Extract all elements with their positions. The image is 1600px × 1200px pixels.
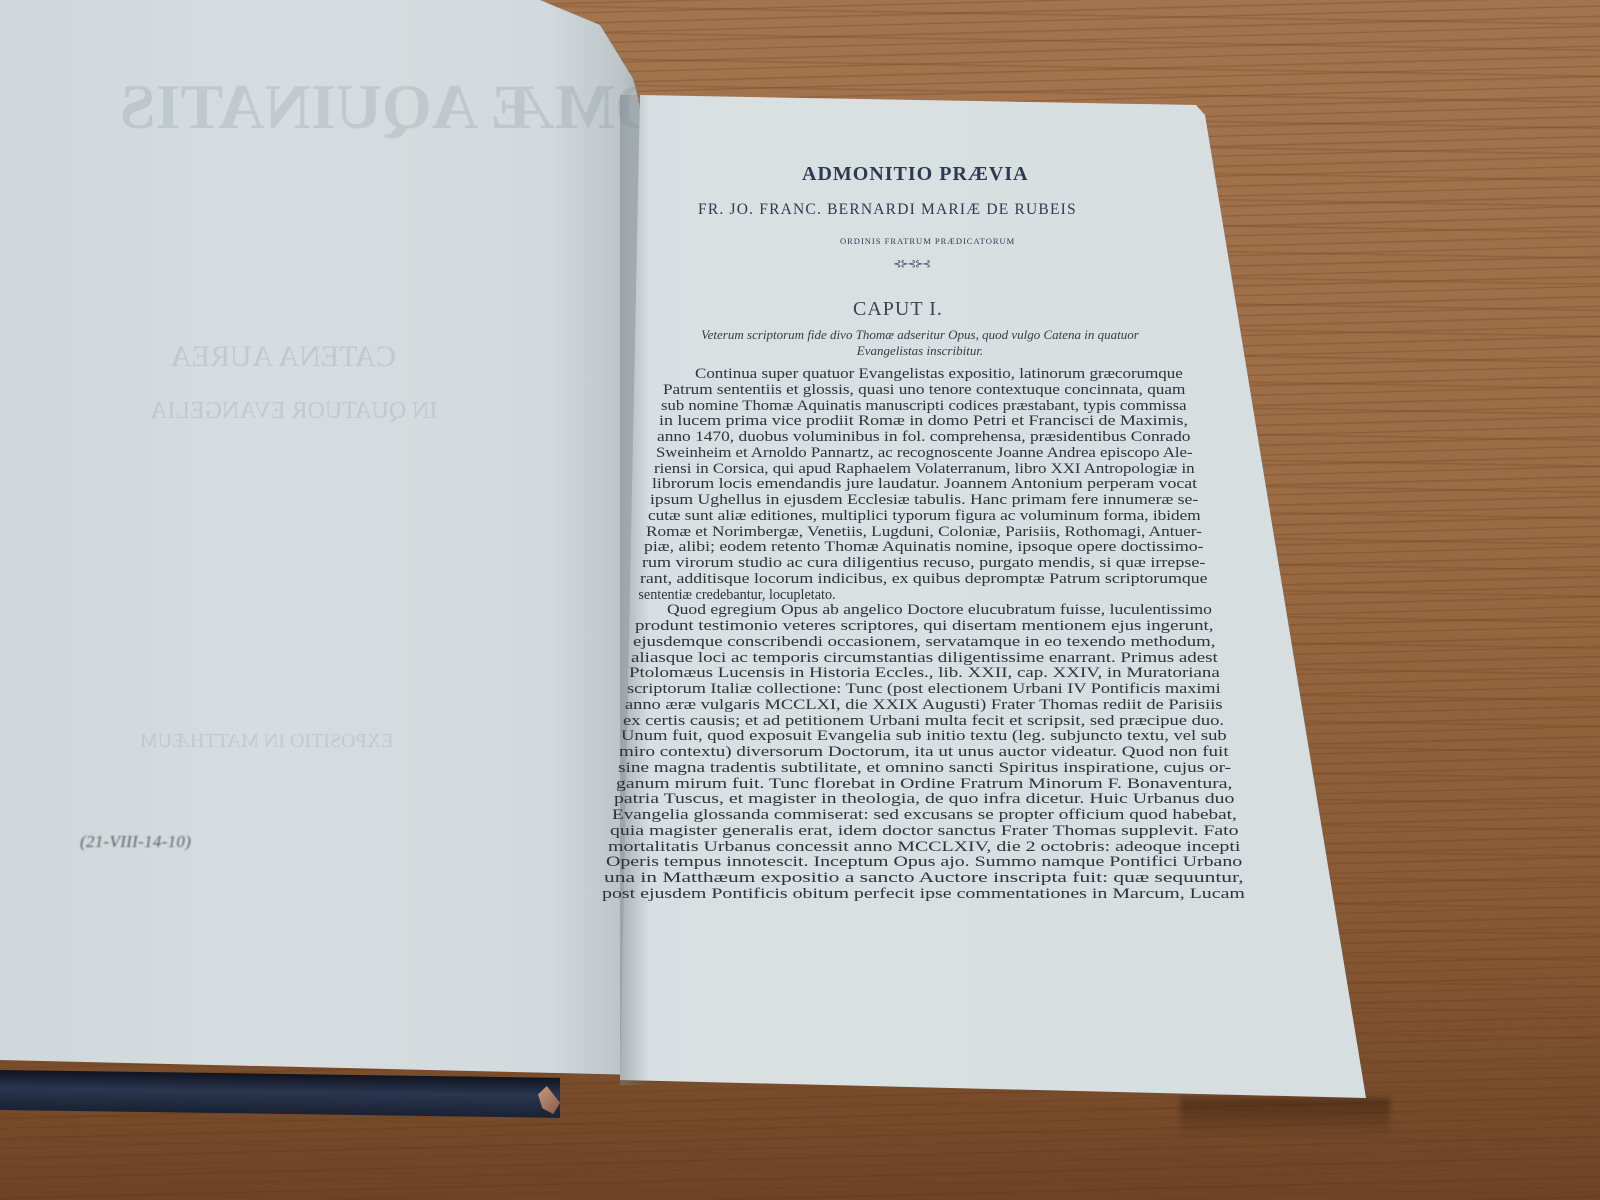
text-line: Patrum sententiis et glossis, quasi uno … xyxy=(663,382,1185,399)
left-page: S. THOMÆ AQUINATIS CATENA AUREA IN QUATU… xyxy=(0,0,642,1075)
text-line: anno æræ vulgaris MCCLXI, die XXIX Augus… xyxy=(625,697,1222,714)
text-line: ganum mirum fuit. Tunc florebat in Ordin… xyxy=(616,776,1232,793)
page-shadow xyxy=(1180,1098,1390,1138)
text-line: sub nomine Thomæ Aquinatis manuscripti c… xyxy=(661,398,1187,415)
text-line: Continua super quatuor Evangelistas expo… xyxy=(695,366,1183,383)
text-line: quia magister generalis erat, idem docto… xyxy=(610,823,1239,840)
page-title: ADMONITIO PRÆVIA xyxy=(802,163,1029,186)
text-line: Quod egregium Opus ab angelico Doctore e… xyxy=(667,602,1212,619)
page-reference: (21-VIII-14-10) xyxy=(80,832,191,852)
text-line: in lucem prima vice prodiit Romæ in domo… xyxy=(659,413,1188,430)
text-line: miro contextu) diversorum Doctorum, ita … xyxy=(619,744,1229,761)
text-line: sine magna tradentis subtilitate, et omn… xyxy=(618,760,1231,777)
ornament-icon: ⊰⊱⊰⊱⊰ xyxy=(893,259,930,270)
text-line: rant, additisque locorum indicibus, ex q… xyxy=(640,571,1208,588)
text-line: librorum locis emendandis jure laudatur.… xyxy=(652,476,1197,493)
chapter-summary: Veterum scriptorum fide divo Thomæ adser… xyxy=(670,327,1170,359)
text-line: Operis tempus innotescit. Inceptum Opus … xyxy=(606,854,1242,871)
text-line: mortalitatis Urbanus concessit anno MCCL… xyxy=(608,839,1240,856)
text-line: sententiæ credebantur, locupletato. xyxy=(638,587,835,604)
text-line: Ptolomæus Lucensis in Historia Eccles., … xyxy=(629,665,1220,682)
text-line: ipsum Ughellus in ejusdem Ecclesiæ tabul… xyxy=(650,492,1198,509)
order-line: ORDINIS FRATRUM PRÆDICATORUM xyxy=(840,236,1015,246)
text-line: Evangelia glossanda commiserat: sed excu… xyxy=(612,807,1237,824)
bleed-through-text: EXPOSITIO IN MATTHÆUM xyxy=(140,730,393,753)
text-line: rum virorum studio ac cura diligentius r… xyxy=(642,555,1205,572)
text-line: produnt testimonio veteres scriptores, q… xyxy=(635,618,1213,635)
text-line: scriptorum Italiæ collectione: Tunc (pos… xyxy=(627,681,1221,698)
chapter-heading: CAPUT I. xyxy=(853,298,943,321)
text-line: una in Matthæum expositio a sancto Aucto… xyxy=(604,870,1244,887)
bleed-through-text: IN QUATUOR EVANGELIA xyxy=(150,398,438,425)
bleed-through-text: CATENA AUREA xyxy=(170,340,396,374)
text-line: ex certis causis; et ad petitionem Urban… xyxy=(623,713,1224,730)
text-line: piæ, alibi; eodem retento Thomæ Aquinati… xyxy=(644,539,1204,556)
text-line: riensi in Corsica, qui apud Raphaelem Vo… xyxy=(654,461,1195,478)
text-line: patria Tuscus, et magister in theologia,… xyxy=(614,791,1234,808)
text-line: anno 1470, duobus voluminibus in fol. co… xyxy=(657,429,1190,446)
text-line: Unum fuit, quod exposuit Evangelia sub i… xyxy=(621,728,1227,745)
text-line: ejusdemque conscribendi occasionem, serv… xyxy=(633,634,1215,651)
text-line: aliasque loci ac temporis circumstantias… xyxy=(631,650,1218,667)
text-line: cutæ sunt aliæ editiones, multiplici typ… xyxy=(648,508,1201,525)
text-line: post ejusdem Pontificis obitum perfecit … xyxy=(602,886,1245,903)
author-line: FR. JO. FRANC. BERNARDI MARIÆ DE RUBEIS xyxy=(698,201,1077,219)
text-line: Romæ et Norimbergæ, Venetiis, Lugduni, C… xyxy=(646,524,1202,541)
text-line: Sweinheim et Arnoldo Pannartz, ac recogn… xyxy=(656,445,1193,462)
book-cover-edge xyxy=(0,1070,560,1118)
